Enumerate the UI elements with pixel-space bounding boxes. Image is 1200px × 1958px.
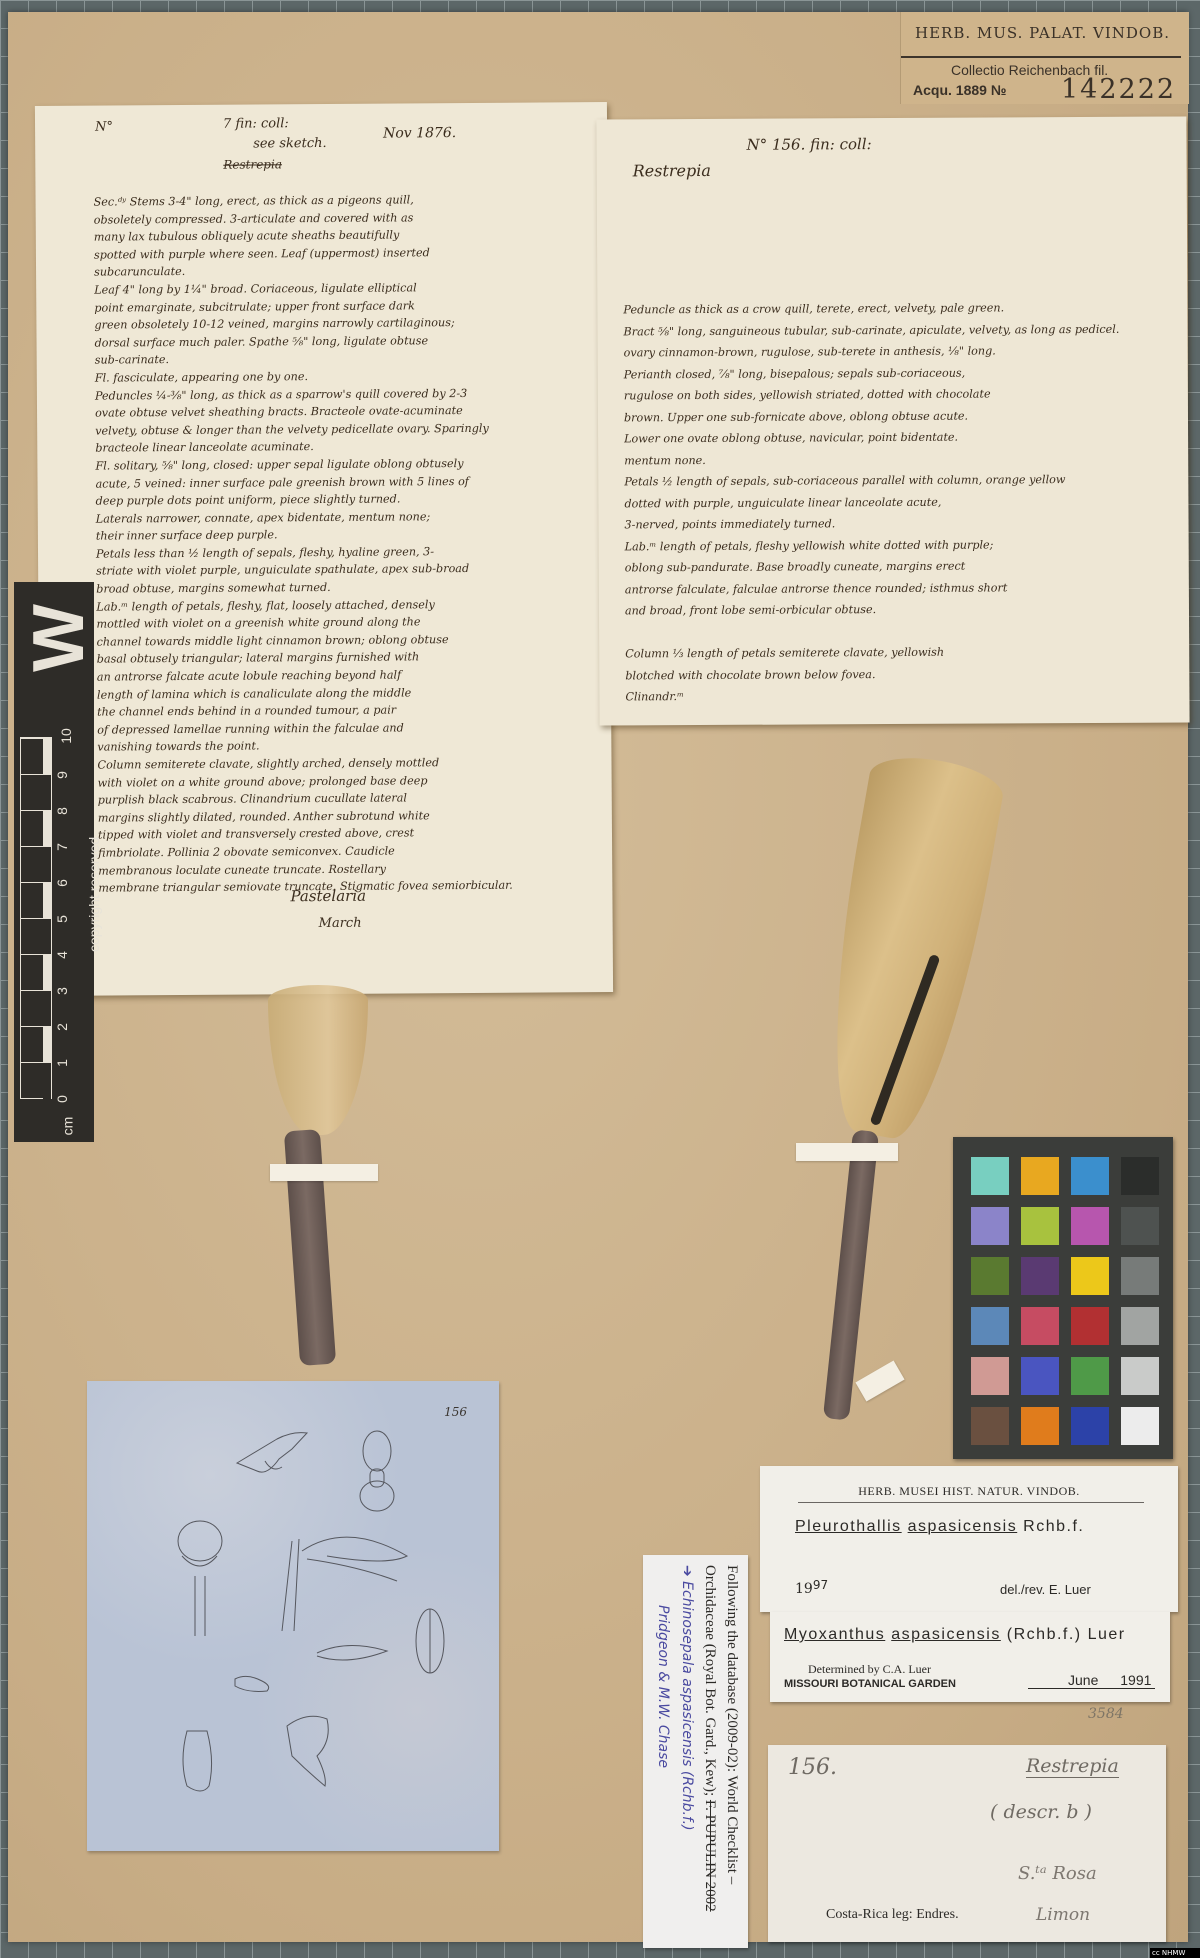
scale-tick-9: 9 <box>54 771 70 779</box>
det-taxon: Pleurothallis aspasicensis Rchb.f. <box>795 1518 1084 1536</box>
color-patch <box>971 1307 1009 1345</box>
checklist-text-block: Following the database (2009-02): World … <box>651 1565 743 1912</box>
scale-logo: W <box>18 604 100 672</box>
scale-tick-7: 7 <box>54 843 70 851</box>
color-patch <box>971 1207 1009 1245</box>
determination-label: HERB. MUSEI HIST. NATUR. VINDOB. Pleurot… <box>760 1466 1178 1612</box>
checklist-line2-source: Orchidaceae (Royal Bot. Gard., Kew); <box>702 1565 718 1796</box>
det-header: HERB. MUSEI HIST. NATUR. VINDOB. <box>760 1484 1178 1499</box>
mounting-tape <box>796 1143 898 1161</box>
scale-tick-4: 4 <box>54 951 70 959</box>
color-patch <box>971 1407 1009 1445</box>
color-patches <box>971 1157 1159 1445</box>
checklist-annotation-label: Following the database (2009-02): World … <box>643 1555 748 1948</box>
manuscript-line: mentum none. <box>624 447 1179 471</box>
mbg-determination-label: Myoxanthus aspasicensis (Rchb.f.) Luer D… <box>770 1612 1170 1702</box>
det-year-suffix: 97 <box>813 1578 828 1592</box>
scale-ruler <box>20 737 52 1099</box>
color-patch <box>971 1257 1009 1295</box>
ms-left-signature-month: March <box>319 912 362 937</box>
manuscript-line: Perianth closed, ⅞" long, bisepalous; se… <box>624 361 1179 385</box>
stamp-acquisition: Acqu. 1889 № <box>913 82 1006 98</box>
manuscript-line: Lower one ovate oblong obtuse, navicular… <box>624 426 1179 450</box>
accession-number: 142222 <box>1061 74 1176 105</box>
ms-left-body: Sec.ᵈʸ Stems 3-4" long, erect, as thick … <box>94 190 599 897</box>
color-patch <box>1121 1407 1159 1445</box>
stamp-rule <box>901 56 1181 58</box>
det-author: Rchb.f. <box>1023 1518 1084 1535</box>
coll-locality-1: S.ᵗᵃ Rosa <box>1018 1863 1097 1884</box>
scale-tick-8: 8 <box>54 807 70 815</box>
scale-tick-0: 0 <box>54 1095 70 1103</box>
manuscript-line: Bract ⅝" long, sanguineous tubular, sub-… <box>623 318 1178 342</box>
collection-label: 156. Restrepia ( descr. b ) S.ᵗᵃ Rosa Li… <box>768 1745 1166 1942</box>
stamp-line1: HERB. MUS. PALAT. VINDOB. <box>915 24 1170 42</box>
license-badge: cc NHMW <box>1150 1948 1200 1958</box>
scale-tick-6: 6 <box>54 879 70 887</box>
ms-left-signature-place: Pastelaria <box>290 884 366 909</box>
manuscript-line: brown. Upper one sub-fornicate above, ob… <box>624 404 1179 428</box>
ms-right-body: Peduncle as thick as a crow quill, teret… <box>623 297 1180 708</box>
manuscript-right: N° 156. fin: coll: Restrepia Peduncle as… <box>596 116 1189 725</box>
checklist-line2: Orchidaceae (Royal Bot. Gard., Kew); F. … <box>699 1565 721 1912</box>
scale-tick-2: 2 <box>54 1023 70 1031</box>
scale-bar: W copyright reserved 10 9 8 7 6 5 4 3 2 … <box>14 582 94 1142</box>
manuscript-line: Peduncle as thick as a crow quill, teret… <box>623 297 1178 321</box>
manuscript-left: N° 7 fin: coll: see sketch. Restrepia No… <box>35 102 613 996</box>
color-patch <box>1121 1257 1159 1295</box>
color-patch <box>1121 1157 1159 1195</box>
mbg-author: (Rchb.f.) Luer <box>1007 1626 1126 1643</box>
herbarium-stamp: HERB. MUS. PALAT. VINDOB. Collectio Reic… <box>900 12 1189 104</box>
scale-tick-5: 5 <box>54 915 70 923</box>
mbg-genus: Myoxanthus <box>784 1626 885 1643</box>
color-patch <box>1021 1407 1059 1445</box>
mbg-taxon: Myoxanthus aspasicensis (Rchb.f.) Luer <box>784 1626 1126 1644</box>
checklist-current-name: ➔ Echinosepala aspasicensis (Rchb.f.) <box>675 1565 699 1912</box>
checklist-line2-struck: F. PUPULIN 2002 <box>702 1800 718 1912</box>
manuscript-line: oblong sub-pandurate. Base broadly cunea… <box>625 555 1180 579</box>
coll-genus: Restrepia <box>1026 1755 1119 1778</box>
manuscript-line: 3-nerved, points immediately turned. <box>624 512 1179 536</box>
manuscript-line: Clinandr.ᵐ <box>625 683 1180 707</box>
checklist-authors: Pridgeon & M.W. Chase <box>651 1565 675 1912</box>
scale-tick-10: 10 <box>58 728 74 744</box>
color-patch <box>1021 1307 1059 1345</box>
color-patch <box>971 1357 1009 1395</box>
pencil-number: 3584 <box>1088 1706 1124 1722</box>
ms-right-genus: Restrepia <box>633 159 711 184</box>
color-patch <box>971 1157 1009 1195</box>
scale-unit: cm <box>59 1117 75 1136</box>
ms-right-no: N° 156. fin: coll: <box>746 132 871 157</box>
color-patch <box>1121 1207 1159 1245</box>
scale-tick-1: 1 <box>54 1059 70 1067</box>
ms-left-struck: Restrepia <box>223 152 282 177</box>
sketch-sheet: 156 <box>87 1381 499 1851</box>
color-patch <box>1071 1407 1109 1445</box>
color-patch <box>1071 1357 1109 1395</box>
manuscript-line: blotched with chocolate brown below fove… <box>625 662 1180 686</box>
manuscript-line: Column ⅓ length of petals semiterete cla… <box>625 640 1180 664</box>
coll-locality-2: Limon <box>1036 1905 1090 1925</box>
manuscript-line: and broad, front lobe semi-orbicular obt… <box>625 598 1180 622</box>
coll-number: 156. <box>788 1755 837 1780</box>
color-patch <box>1071 1157 1109 1195</box>
manuscript-line <box>625 619 1180 643</box>
color-patch <box>1021 1207 1059 1245</box>
scale-copyright: copyright reserved <box>86 837 102 952</box>
ms-left-date: Nov 1876. <box>383 121 456 146</box>
det-epithet: aspasicensis <box>908 1518 1018 1535</box>
det-reviser: del./rev. E. Luer <box>1000 1582 1091 1597</box>
coll-note: ( descr. b ) <box>990 1801 1092 1823</box>
color-calibration-chart <box>953 1137 1173 1459</box>
mbg-date-month: June <box>1068 1672 1098 1688</box>
mbg-epithet: aspasicensis <box>891 1626 1001 1643</box>
mbg-institution: MISSOURI BOTANICAL GARDEN <box>784 1678 956 1690</box>
manuscript-line: Petals ½ length of sepals, sub-coriaceou… <box>624 469 1179 493</box>
color-patch <box>1071 1257 1109 1295</box>
color-patch <box>1121 1357 1159 1395</box>
manuscript-line: dotted with purple, unguiculate linear l… <box>624 490 1179 514</box>
det-year: 1997 <box>795 1578 828 1597</box>
color-patch <box>1071 1307 1109 1345</box>
color-patch <box>1021 1357 1059 1395</box>
color-patch <box>1021 1257 1059 1295</box>
ms-left-no: N° <box>95 115 113 140</box>
mbg-date: June 1991 <box>1028 1672 1155 1689</box>
mounting-tape <box>270 1164 378 1181</box>
manuscript-line: Lab.ᵐ length of petals, fleshy yellowish… <box>625 533 1180 557</box>
det-rule <box>798 1502 1144 1503</box>
mbg-date-year: 1991 <box>1120 1672 1151 1688</box>
det-genus: Pleurothallis <box>795 1518 902 1535</box>
color-patch <box>1021 1157 1059 1195</box>
mbg-determined-by: Determined by C.A. Luer <box>808 1662 931 1677</box>
manuscript-line: antrorse falculate, falculae antrorse th… <box>625 576 1180 600</box>
manuscript-line: rugulose on both sides, yellowish striat… <box>624 383 1179 407</box>
manuscript-line: ovary cinnamon-brown, rugulose, sub-tere… <box>624 340 1179 364</box>
color-patch <box>1121 1307 1159 1345</box>
color-patch <box>1071 1207 1109 1245</box>
coll-printed-locality: Costa-Rica leg: Endres. <box>826 1907 959 1923</box>
checklist-line1: Following the database (2009-02): World … <box>721 1565 743 1912</box>
flower-dissection-drawings <box>87 1381 499 1851</box>
det-year-prefix: 19 <box>795 1581 813 1597</box>
scale-tick-3: 3 <box>54 987 70 995</box>
